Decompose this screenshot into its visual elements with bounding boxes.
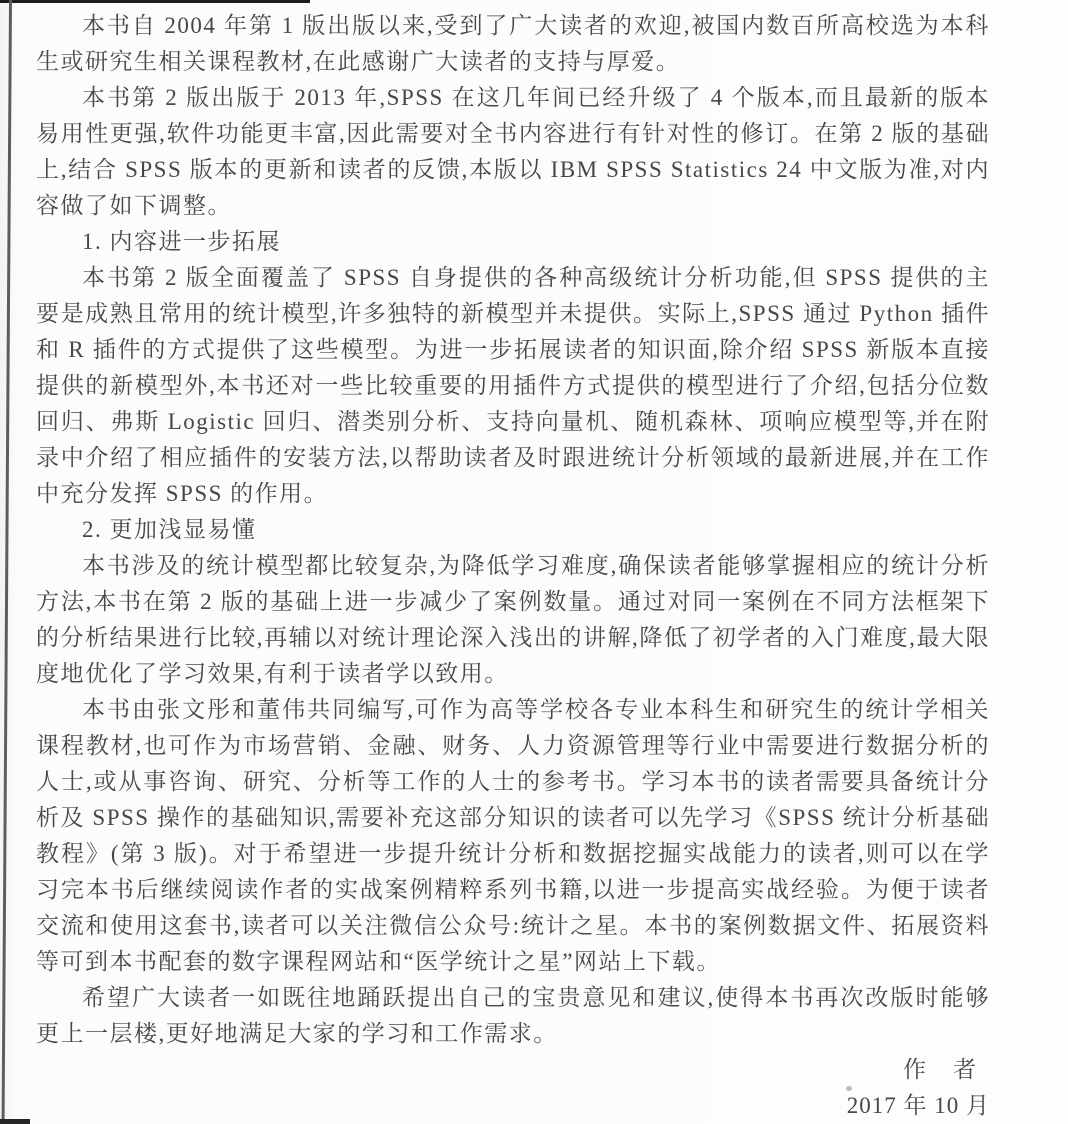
- scanned-book-page: 本书自 2004 年第 1 版出版以来,受到了广大读者的欢迎,被国内数百所高校选…: [0, 0, 1068, 1124]
- scan-artifact-bottom-left-corner: [0, 1119, 30, 1124]
- signature-block: 作 者 2017 年 10 月: [36, 1052, 990, 1124]
- section-heading-1: 1. 内容进一步拓展: [36, 224, 990, 260]
- paragraph-6: 希望广大读者一如既往地踊跃提出自己的宝贵意见和建议,使得本书再次改版时能够更上一…: [36, 980, 990, 1052]
- scan-artifact-left-line: [2, 0, 12, 1124]
- signature-date: 2017 年 10 月: [36, 1088, 990, 1124]
- section-heading-2: 2. 更加浅显易懂: [36, 512, 990, 548]
- scan-artifact-top-line: [0, 0, 310, 3]
- paragraph-1: 本书自 2004 年第 1 版出版以来,受到了广大读者的欢迎,被国内数百所高校选…: [36, 8, 990, 80]
- signature-author: 作 者: [36, 1052, 990, 1088]
- paragraph-5: 本书由张文彤和董伟共同编写,可作为高等学校各专业本科生和研究生的统计学相关课程教…: [36, 692, 990, 980]
- preface-text-block: 本书自 2004 年第 1 版出版以来,受到了广大读者的欢迎,被国内数百所高校选…: [36, 8, 990, 1124]
- paragraph-2: 本书第 2 版出版于 2013 年,SPSS 在这几年间已经升级了 4 个版本,…: [36, 80, 990, 224]
- paragraph-3: 本书第 2 版全面覆盖了 SPSS 自身提供的各种高级统计分析功能,但 SPSS…: [36, 260, 990, 512]
- paragraph-4: 本书涉及的统计模型都比较复杂,为降低学习难度,确保读者能够掌握相应的统计分析方法…: [36, 548, 990, 692]
